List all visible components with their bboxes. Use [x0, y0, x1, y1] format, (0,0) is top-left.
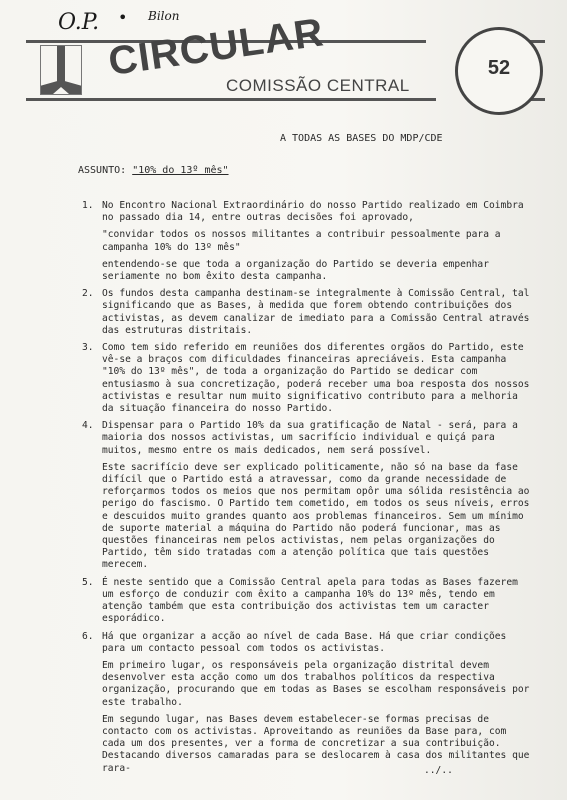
subject-line: ASSUNTO: "10% do 13º mês"	[78, 165, 229, 176]
paragraph: Dispensar para o Partido 10% da sua grat…	[102, 420, 534, 457]
document-body: 1. No Encontro Nacional Extraordinário d…	[82, 200, 534, 780]
paragraph: Os fundos desta campanha destinam-se int…	[102, 288, 534, 337]
item-number: 4.	[82, 420, 94, 432]
subject-label: ASSUNTO:	[78, 165, 126, 176]
item-number: 5.	[82, 577, 94, 589]
numbered-item-3: 3. Como tem sido referido em reuniões do…	[82, 342, 534, 415]
item-number: 6.	[82, 631, 94, 643]
quoted-resolution: "convidar todos os nossos militantes a c…	[102, 229, 534, 253]
circular-number: 52	[458, 57, 540, 80]
subject-value: "10% do 13º mês"	[132, 165, 228, 176]
item-number: 2.	[82, 288, 94, 300]
header-rule-bottom	[26, 98, 436, 101]
paragraph: entendendo-se que toda a organização do …	[102, 259, 534, 283]
numbered-item-4: 4. Dispensar para o Partido 10% da sua g…	[82, 420, 534, 571]
paragraph: É neste sentido que a Comissão Central a…	[102, 577, 534, 626]
numbered-item-2: 2. Os fundos desta campanha destinam-se …	[82, 288, 534, 337]
addressee: A TODAS AS BASES DO MDP/CDE	[280, 133, 443, 144]
issuer-subtitle: COMISSÃO CENTRAL	[226, 76, 410, 96]
document-page: O.P. • Bilon CIRCULAR COMISSÃO CENTRAL 5…	[0, 0, 567, 800]
item-number: 1.	[82, 200, 94, 212]
paragraph: Há que organizar a acção ao nível de cad…	[102, 631, 534, 655]
continuation-marker: ../..	[424, 765, 453, 776]
handwritten-name: Bilon	[148, 9, 179, 23]
paragraph: Em segundo lugar, nas Bases devem estabe…	[102, 714, 534, 775]
numbered-item-1: 1. No Encontro Nacional Extraordinário d…	[82, 200, 534, 283]
paragraph: Como tem sido referido em reuniões dos d…	[102, 342, 534, 415]
mdp-logo-icon	[40, 45, 82, 95]
item-number: 3.	[82, 342, 94, 354]
circular-number-badge: 52	[455, 27, 543, 115]
numbered-item-6: 6. Há que organizar a acção ao nível de …	[82, 631, 534, 775]
paragraph: Em primeiro lugar, os responsáveis pela …	[102, 660, 534, 709]
handwritten-bullet: •	[118, 8, 127, 27]
paragraph: Este sacrifício deve ser explicado polit…	[102, 462, 534, 572]
circular-title: CIRCULAR	[106, 10, 327, 85]
paragraph: No Encontro Nacional Extraordinário do n…	[102, 200, 534, 224]
numbered-item-5: 5. É neste sentido que a Comissão Centra…	[82, 577, 534, 626]
handwritten-initials: O.P.	[58, 10, 99, 35]
